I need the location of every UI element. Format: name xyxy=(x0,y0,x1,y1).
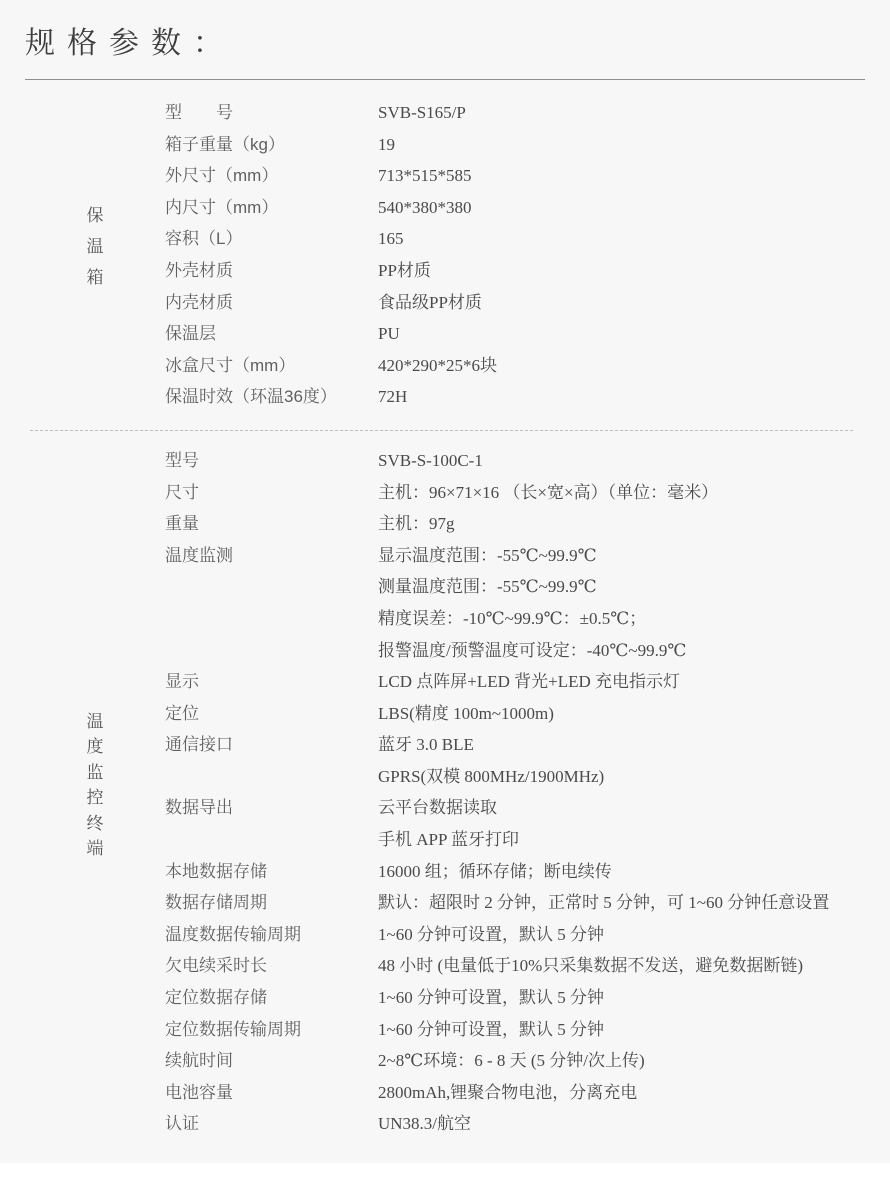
spec-row-label: 内尺寸（mm） xyxy=(165,192,378,224)
spec-row: 重量 主机：97g xyxy=(165,508,865,540)
spec-row-value: SVB-S165/P xyxy=(378,97,865,129)
spec-row-value: 手机 APP 蓝牙打印 xyxy=(378,824,865,856)
spec-row: 认证 UN38.3/航空 xyxy=(165,1108,865,1140)
spec-row-value: 2800mAh,锂聚合物电池，分离充电 xyxy=(378,1077,865,1109)
spec-row-value: 16000 组；循环存储；断电续传 xyxy=(378,856,865,888)
spec-row-label: 定位数据存储 xyxy=(165,982,378,1014)
spec-row: 型 号 SVB-S165/P xyxy=(165,97,865,129)
spec-row-value: PP材质 xyxy=(378,255,865,287)
spec-row-value: 显示温度范围：-55℃~99.9℃ xyxy=(378,540,865,572)
spec-row: 手机 APP 蓝牙打印 xyxy=(165,824,865,856)
page-title: 规格参数： xyxy=(25,0,865,62)
spec-row: 通信接口 蓝牙 3.0 BLE xyxy=(165,729,865,761)
spec-row-value: 19 xyxy=(378,129,865,161)
spec-row-value: 72H xyxy=(378,381,865,413)
spec-row: 内尺寸（mm） 540*380*380 xyxy=(165,192,865,224)
spec-row-value: 默认：超限时 2 分钟，正常时 5 分钟，可 1~60 分钟任意设置 xyxy=(378,887,865,919)
spec-row-label: 外壳材质 xyxy=(165,255,378,287)
spec-row-value: 1~60 分钟可设置，默认 5 分钟 xyxy=(378,919,865,951)
spec-row-label: 型 号 xyxy=(165,97,378,129)
spec-row-value: GPRS(双模 800MHz/1900MHz) xyxy=(378,761,865,793)
spec-row: 温度数据传输周期 1~60 分钟可设置，默认 5 分钟 xyxy=(165,919,865,951)
spec-row-label: 内壳材质 xyxy=(165,287,378,319)
spec-row: 冰盒尺寸（mm） 420*290*25*6块 xyxy=(165,350,865,382)
spec-sheet-page: 规格参数： 保温箱 型 号 SVB-S165/P 箱子重量（kg） 19 外尺寸… xyxy=(0,0,890,1163)
section-rows: 型号 SVB-S-100C-1 尺寸 主机：96×71×16 （长×宽×高）（单… xyxy=(165,431,865,1140)
spec-row: 内壳材质 食品级PP材质 xyxy=(165,287,865,319)
spec-row-value: 540*380*380 xyxy=(378,192,865,224)
spec-section: 温度监控终端 型号 SVB-S-100C-1 尺寸 主机：96×71×16 （长… xyxy=(25,431,865,1140)
spec-row-value: 蓝牙 3.0 BLE xyxy=(378,729,865,761)
spec-row-value: PU xyxy=(378,318,865,350)
section-vertical-label: 温度监控终端 xyxy=(86,709,104,862)
spec-row-label: 保温时效（环温36度） xyxy=(165,381,378,413)
spec-row-label: 容积（L） xyxy=(165,223,378,255)
spec-row-label: 尺寸 xyxy=(165,477,378,509)
spec-row-value: 云平台数据读取 xyxy=(378,792,865,824)
spec-row-value: 食品级PP材质 xyxy=(378,287,865,319)
spec-row-value: 1~60 分钟可设置，默认 5 分钟 xyxy=(378,982,865,1014)
spec-sections: 保温箱 型 号 SVB-S165/P 箱子重量（kg） 19 外尺寸（mm） 7… xyxy=(25,80,865,1140)
spec-row: 箱子重量（kg） 19 xyxy=(165,129,865,161)
spec-row-value: LBS(精度 100m~1000m) xyxy=(378,698,865,730)
spec-row-label: 续航时间 xyxy=(165,1045,378,1077)
spec-row: 外壳材质 PP材质 xyxy=(165,255,865,287)
spec-row-label: 数据导出 xyxy=(165,792,378,824)
spec-row: 温度监测 显示温度范围：-55℃~99.9℃ xyxy=(165,540,865,572)
spec-row-label: 保温层 xyxy=(165,318,378,350)
spec-row: 数据存储周期 默认：超限时 2 分钟，正常时 5 分钟，可 1~60 分钟任意设… xyxy=(165,887,865,919)
spec-row: 数据导出 云平台数据读取 xyxy=(165,792,865,824)
spec-row-label: 电池容量 xyxy=(165,1077,378,1109)
spec-row: 精度误差：-10℃~99.9℃：±0.5℃； xyxy=(165,603,865,635)
spec-row: 型号 SVB-S-100C-1 xyxy=(165,445,865,477)
section-rows: 型 号 SVB-S165/P 箱子重量（kg） 19 外尺寸（mm） 713*5… xyxy=(165,80,865,413)
spec-sheet-content: 规格参数： 保温箱 型 号 SVB-S165/P 箱子重量（kg） 19 外尺寸… xyxy=(25,0,865,1140)
spec-row-label: 定位数据传输周期 xyxy=(165,1014,378,1046)
spec-row-value: 48 小时 (电量低于10%只采集数据不发送，避免数据断链) xyxy=(378,950,865,982)
spec-row: 尺寸 主机：96×71×16 （长×宽×高）（单位：毫米） xyxy=(165,477,865,509)
spec-row-label: 温度数据传输周期 xyxy=(165,919,378,951)
spec-row: 电池容量 2800mAh,锂聚合物电池，分离充电 xyxy=(165,1077,865,1109)
spec-row-label: 箱子重量（kg） xyxy=(165,129,378,161)
spec-row-value: 主机：96×71×16 （长×宽×高）（单位：毫米） xyxy=(378,477,865,509)
spec-row: 外尺寸（mm） 713*515*585 xyxy=(165,160,865,192)
spec-row-label: 欠电续采时长 xyxy=(165,950,378,982)
spec-row-value: 测量温度范围：-55℃~99.9℃ xyxy=(378,571,865,603)
spec-row-value: SVB-S-100C-1 xyxy=(378,445,865,477)
spec-row-value: 报警温度/预警温度可设定：-40℃~99.9℃ xyxy=(378,635,865,667)
spec-row: 保温层 PU xyxy=(165,318,865,350)
spec-row: 欠电续采时长 48 小时 (电量低于10%只采集数据不发送，避免数据断链) xyxy=(165,950,865,982)
spec-row: 容积（L） 165 xyxy=(165,223,865,255)
spec-row-value: UN38.3/航空 xyxy=(378,1108,865,1140)
spec-row-label: 温度监测 xyxy=(165,540,378,572)
spec-row: 定位 LBS(精度 100m~1000m) xyxy=(165,698,865,730)
section-gutter: 保温箱 xyxy=(25,80,165,413)
spec-row-label: 定位 xyxy=(165,698,378,730)
spec-row-value: 精度误差：-10℃~99.9℃：±0.5℃； xyxy=(378,603,865,635)
spec-row: 保温时效（环温36度） 72H xyxy=(165,381,865,413)
spec-row-value: 2~8℃环境：6 - 8 天 (5 分钟/次上传) xyxy=(378,1045,865,1077)
spec-row-label: 本地数据存储 xyxy=(165,856,378,888)
spec-row-value: 165 xyxy=(378,223,865,255)
spec-row: 定位数据存储 1~60 分钟可设置，默认 5 分钟 xyxy=(165,982,865,1014)
spec-row-label: 重量 xyxy=(165,508,378,540)
spec-row-value: LCD 点阵屏+LED 背光+LED 充电指示灯 xyxy=(378,666,865,698)
spec-row-label: 通信接口 xyxy=(165,729,378,761)
section-vertical-label: 保温箱 xyxy=(86,200,104,293)
spec-row-label: 型号 xyxy=(165,445,378,477)
spec-row-label: 冰盒尺寸（mm） xyxy=(165,350,378,382)
spec-row-label: 外尺寸（mm） xyxy=(165,160,378,192)
spec-row: 续航时间 2~8℃环境：6 - 8 天 (5 分钟/次上传) xyxy=(165,1045,865,1077)
section-gutter: 温度监控终端 xyxy=(25,431,165,1140)
spec-row-label: 显示 xyxy=(165,666,378,698)
spec-row: 显示 LCD 点阵屏+LED 背光+LED 充电指示灯 xyxy=(165,666,865,698)
spec-row: 报警温度/预警温度可设定：-40℃~99.9℃ xyxy=(165,635,865,667)
spec-row: 本地数据存储 16000 组；循环存储；断电续传 xyxy=(165,856,865,888)
spec-row: GPRS(双模 800MHz/1900MHz) xyxy=(165,761,865,793)
spec-section: 保温箱 型 号 SVB-S165/P 箱子重量（kg） 19 外尺寸（mm） 7… xyxy=(25,80,865,413)
spec-row-value: 713*515*585 xyxy=(378,160,865,192)
spec-row-value: 主机：97g xyxy=(378,508,865,540)
spec-row: 测量温度范围：-55℃~99.9℃ xyxy=(165,571,865,603)
spec-row-value: 420*290*25*6块 xyxy=(378,350,865,382)
spec-row-label: 数据存储周期 xyxy=(165,887,378,919)
spec-row-value: 1~60 分钟可设置，默认 5 分钟 xyxy=(378,1014,865,1046)
spec-row-label: 认证 xyxy=(165,1108,378,1140)
spec-row: 定位数据传输周期 1~60 分钟可设置，默认 5 分钟 xyxy=(165,1014,865,1046)
